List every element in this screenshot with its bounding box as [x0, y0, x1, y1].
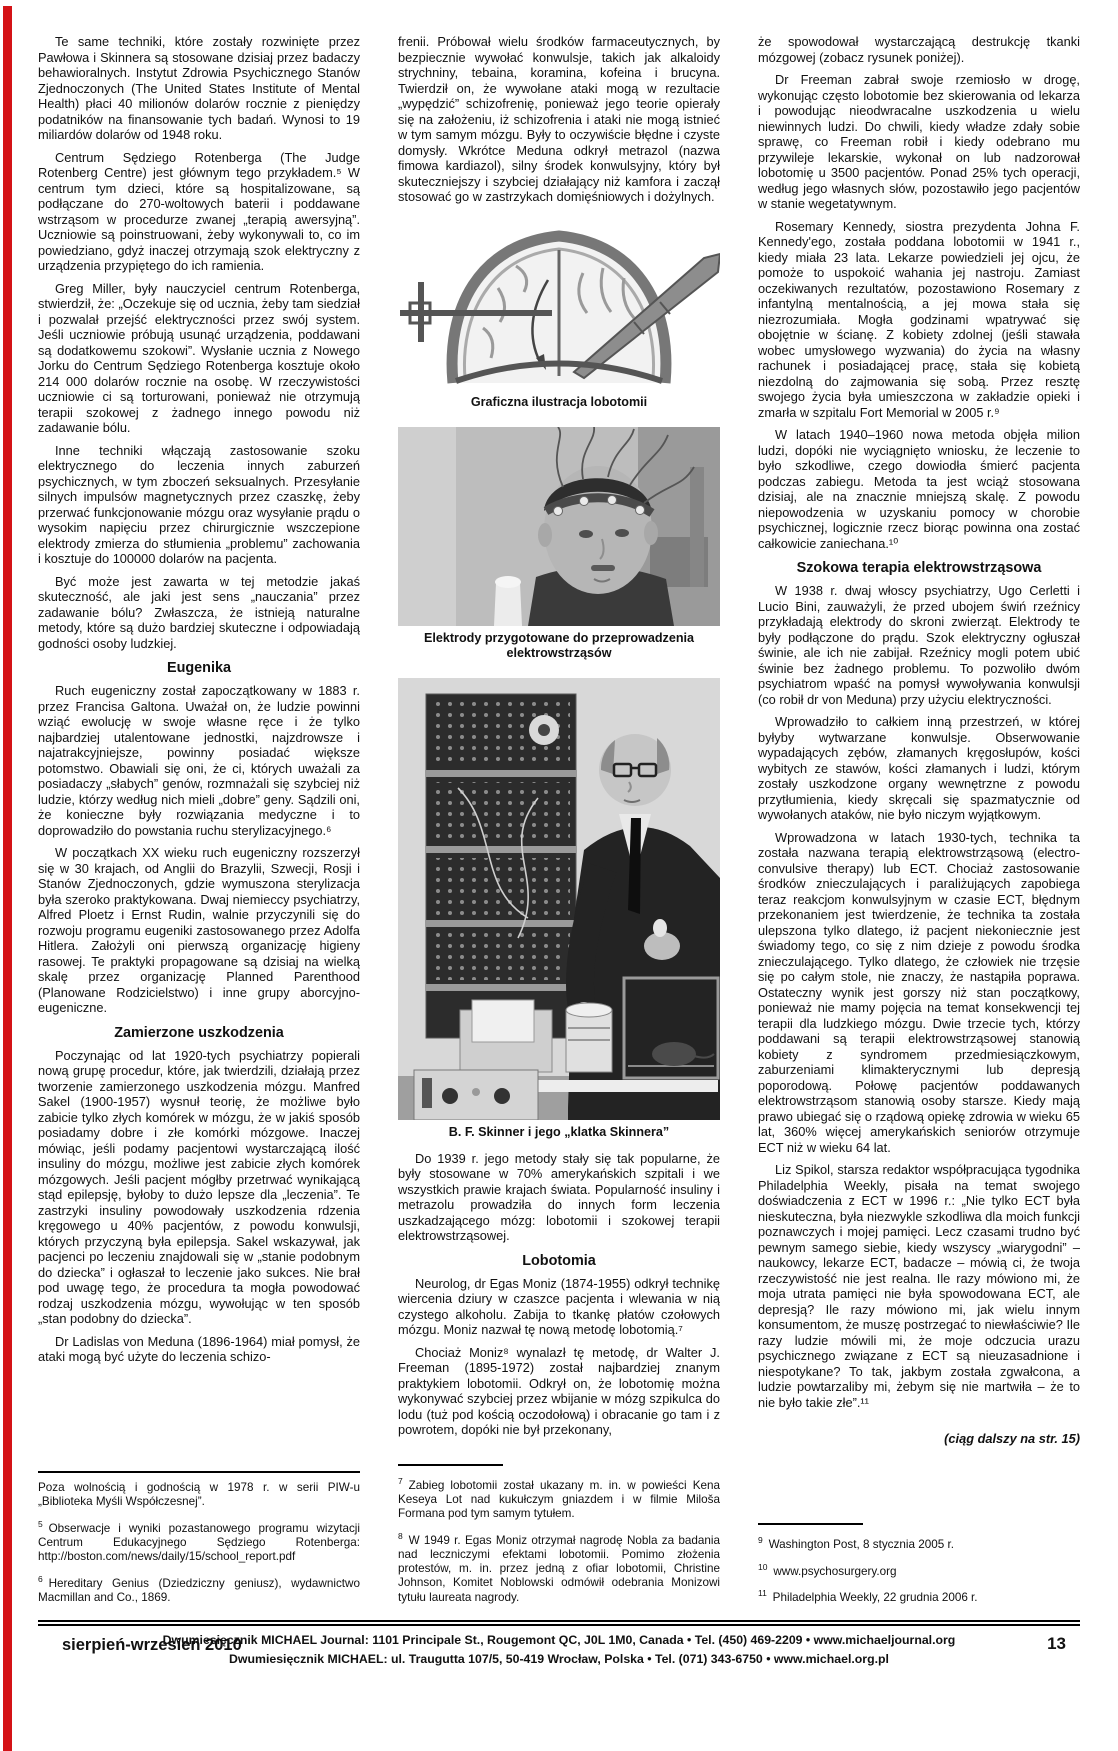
page-number: 13	[1047, 1634, 1066, 1654]
column-left: Te same techniki, które zostały rozwinię…	[38, 34, 360, 1612]
right-text: że spowodował wystarczającą destrukcję t…	[758, 34, 1080, 1417]
lobotomy-caption: Graficzna ilustracja lobotomii	[398, 395, 720, 410]
paragraph: Dr Freeman zabrał swoje rzemiosło w drog…	[758, 72, 1080, 212]
footnote-rule	[38, 1471, 360, 1473]
publisher-address: Dwumiesięcznik MICHAEL Journal: 1101 Pri…	[38, 1631, 1080, 1669]
footnote: 11 Philadelphia Weekly, 22 grudnia 2006 …	[758, 1586, 1080, 1605]
paragraph: Wprowadziło to całkiem inną przestrzeń, …	[758, 714, 1080, 823]
skinner-caption: B. F. Skinner i jego „klatka Skinnera”	[398, 1125, 720, 1140]
footnote-rule	[758, 1523, 863, 1525]
paragraph: że spowodował wystarczającą destrukcję t…	[758, 34, 1080, 65]
footnote: 10 www.psychosurgery.org	[758, 1560, 1080, 1579]
electrodes-caption: Elektrody przygotowane do przeprowadzeni…	[398, 631, 720, 661]
paragraph: Poczynając od lat 1920-tych psychiatrzy …	[38, 1048, 360, 1327]
footnote: 6 Hereditary Genius (Dziedziczny geniusz…	[38, 1572, 360, 1605]
lobotomy-illustration: Graficzna ilustracja lobotomii	[398, 218, 720, 419]
paragraph: Greg Miller, były nauczyciel centrum Rot…	[38, 281, 360, 436]
red-edge-bar	[3, 6, 12, 1751]
paragraph: Ruch eugeniczny został zapoczątkowany w …	[38, 683, 360, 838]
footnote-rule	[398, 1464, 503, 1466]
footnotes-right: 9 Washington Post, 8 stycznia 2005 r.10 …	[758, 1513, 1080, 1612]
footer-double-rule	[38, 1620, 1080, 1626]
footnotes-left: Poza wolnością i godnością w 1978 r. w s…	[38, 1461, 360, 1612]
footnote: 7 Zabieg lobotomii został ukazany m. in.…	[398, 1474, 720, 1522]
paragraph: Do 1939 r. jego metody stały się tak pop…	[398, 1151, 720, 1244]
footnote: Poza wolnością i godnością w 1978 r. w s…	[38, 1481, 360, 1510]
paragraph: Neurolog, dr Egas Moniz (1874-1955) odkr…	[398, 1276, 720, 1338]
magazine-page: Te same techniki, które zostały rozwinię…	[0, 0, 1118, 1751]
middle-text-bottom: Do 1939 r. jego metody stały się tak pop…	[398, 1151, 720, 1445]
section-heading: Szokowa terapia elektrowstrząsowa	[758, 560, 1080, 576]
column-right: że spowodował wystarczającą destrukcję t…	[758, 34, 1080, 1612]
paragraph: W początkach XX wieku ruch eugeniczny ro…	[38, 845, 360, 1016]
paragraph: Rosemary Kennedy, siostra prezydenta Joh…	[758, 219, 1080, 421]
paragraph: Być może jest zawarta w tej metodzie jak…	[38, 574, 360, 652]
section-heading: Zamierzone uszkodzenia	[38, 1025, 360, 1041]
paragraph: frenii. Próbował wielu środków farmaceut…	[398, 34, 720, 205]
left-text: Te same techniki, które zostały rozwinię…	[38, 34, 360, 1372]
article-columns: Te same techniki, które zostały rozwinię…	[38, 34, 1080, 1612]
paragraph: Wprowadzona w latach 1930-tych, technika…	[758, 830, 1080, 1156]
footnote: 8 W 1949 r. Egas Moniz otrzymał nagrodę …	[398, 1529, 720, 1605]
column-middle: frenii. Próbował wielu środków farmaceut…	[398, 34, 720, 1612]
skinner-photo-image	[398, 678, 720, 1120]
publisher-address-line1: Dwumiesięcznik MICHAEL Journal: 1101 Pri…	[38, 1631, 1080, 1650]
lobotomy-drawing	[398, 218, 720, 390]
section-heading: Lobotomia	[398, 1253, 720, 1269]
publisher-address-line2: Dwumiesięcznik MICHAEL: ul. Traugutta 10…	[38, 1650, 1080, 1669]
continuation-note: (ciąg dalszy na str. 15)	[758, 1431, 1080, 1446]
skinner-photo: B. F. Skinner i jego „klatka Skinnera”	[398, 678, 720, 1149]
paragraph: W latach 1940–1960 nowa metoda objęła mi…	[758, 427, 1080, 551]
electrodes-photo: Elektrody przygotowane do przeprowadzeni…	[398, 427, 720, 670]
paragraph: W 1938 r. dwaj włoscy psychiatrzy, Ugo C…	[758, 583, 1080, 707]
electrodes-photo-image	[398, 427, 720, 626]
middle-text-top: frenii. Próbował wielu środków farmaceut…	[398, 34, 720, 212]
paragraph: Dr Ladislas von Meduna (1896-1964) miał …	[38, 1334, 360, 1365]
footnotes-middle: 7 Zabieg lobotomii został ukazany m. in.…	[398, 1454, 720, 1612]
paragraph: Te same techniki, które zostały rozwinię…	[38, 34, 360, 143]
paragraph: Centrum Sędziego Rotenberga (The Judge R…	[38, 150, 360, 274]
footnote: 9 Washington Post, 8 stycznia 2005 r.	[758, 1533, 1080, 1552]
paragraph: Liz Spikol, starsza redaktor współpracuj…	[758, 1162, 1080, 1410]
section-heading: Eugenika	[38, 660, 360, 676]
footnote: 5 Obserwacje i wyniki pozastanowego prog…	[38, 1517, 360, 1565]
paragraph: Chociaż Moniz⁸ wynalazł tę metodę, dr Wa…	[398, 1345, 720, 1438]
paragraph: Inne techniki włączają zastosowanie szok…	[38, 443, 360, 567]
